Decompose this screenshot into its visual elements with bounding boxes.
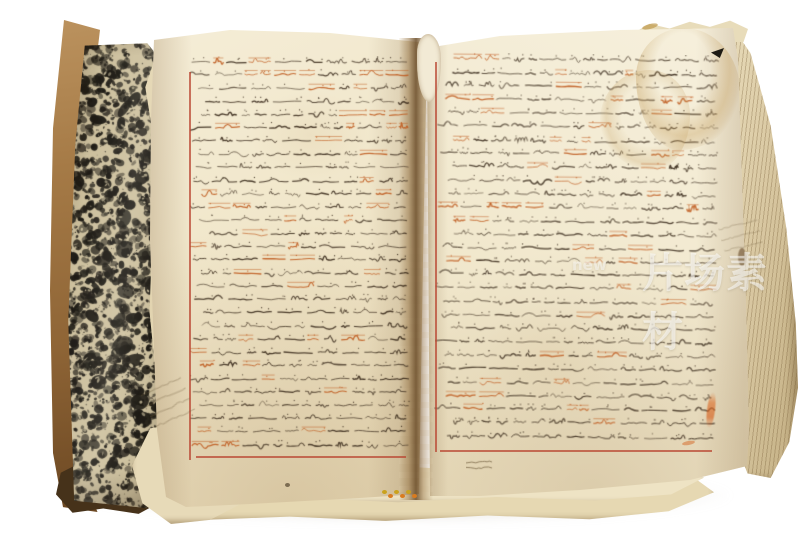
left-manuscript-text xyxy=(190,56,412,462)
stitch-dot xyxy=(406,490,411,494)
stitch-dot xyxy=(388,494,393,498)
stitch-dot xyxy=(382,490,387,494)
left-page-red-rule-bottom xyxy=(196,456,406,458)
margin-ink-dot xyxy=(285,483,290,487)
right-page-red-rule-bottom xyxy=(440,450,712,452)
stitch-dot xyxy=(400,494,405,498)
left-text-block xyxy=(190,56,412,462)
right-page-red-rule-vertical xyxy=(435,62,437,452)
binding-stitches xyxy=(382,490,422,502)
catchword-squiggle xyxy=(466,458,494,478)
stitch-dot xyxy=(394,490,399,494)
photo-stage: new 片场素材 xyxy=(0,0,800,533)
stitch-dot xyxy=(412,494,417,498)
edge-stain-spot xyxy=(738,248,746,266)
